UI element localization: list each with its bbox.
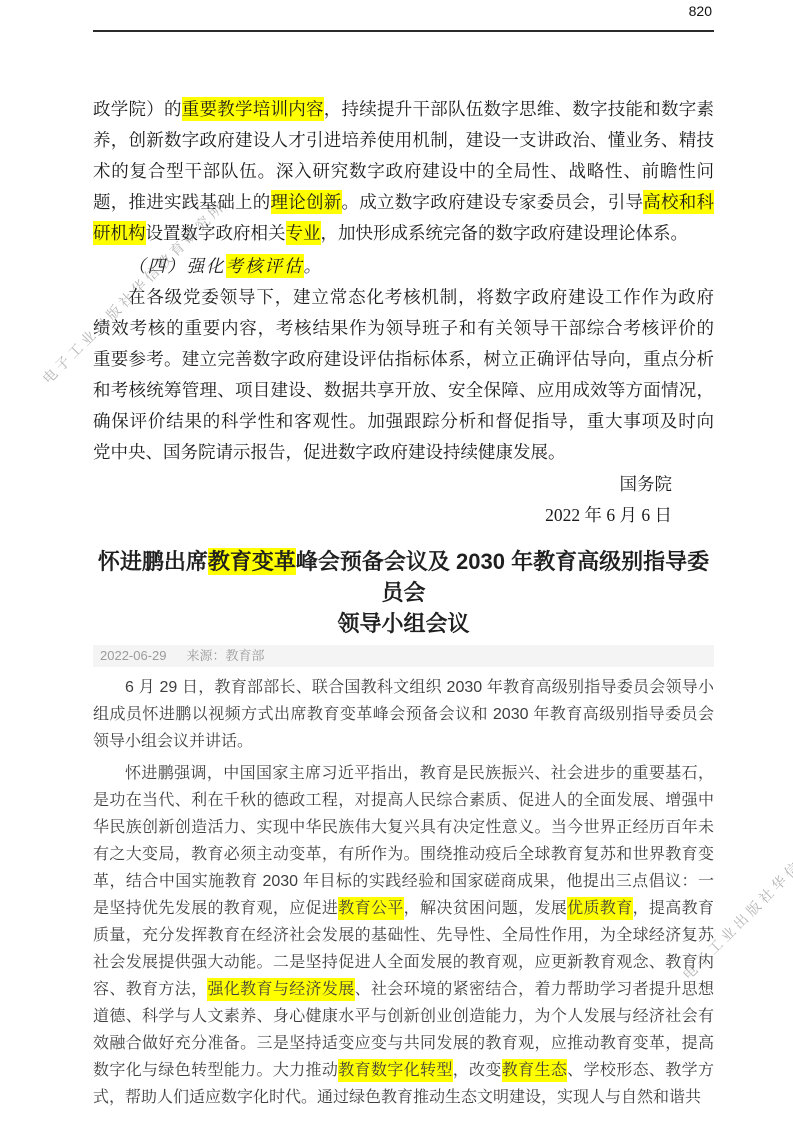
- text-run: 和考核统筹管理、项目建设、数据共享开放、安全保障、应用成效等方面情况，: [93, 380, 714, 400]
- text-line: 数字化与绿色转型能力。大力推动教育数字化转型，改变教育生态、学校形态、教学方: [93, 1057, 714, 1084]
- text-run: 领导小组会议并讲话。: [93, 733, 253, 750]
- article1-paragraph-2: 在各级党委领导下，建立常态化考核机制，将数字政府建设工作作为政府绩效考核的重要内…: [93, 282, 714, 468]
- text-line: 效融合做好充分准备。三是坚持适变应变与共同发展的教育观，应推动教育变革，提高: [93, 1030, 714, 1057]
- text-line: 研机构设置数字政府相关专业，加快形成系统完备的数字政府建设理论体系。: [93, 218, 714, 249]
- text-line: 领导小组会议并讲话。: [93, 728, 714, 755]
- text-line: 容、教育方法，强化教育与经济发展、社会环境的紧密结合，着力帮助学习者提升思想: [93, 976, 714, 1003]
- text-run: 政学院）的: [93, 99, 182, 119]
- signature-date: 2022 年 6 月 6 日: [93, 500, 714, 531]
- text-line: 质量，充分发挥教育在经济社会发展的基础性、先导性、全局性作用，为全球经济复苏: [93, 922, 714, 949]
- text-run: 式，帮助人们适应数字化时代。通过绿色教育推动生态文明建设，实现人与自然和谐共: [93, 1089, 701, 1106]
- text-line: 绩效考核的重要内容，考核结果作为领导班子和有关领导干部综合考核评价的: [93, 313, 714, 344]
- article2-source: 来源：教育部: [187, 648, 265, 663]
- text-run: 峰会预备会议及 2030 年教育高级别指导委员会: [296, 549, 709, 605]
- text-line: 政学院）的重要教学培训内容，持续提升干部队伍数字思维、数字技能和数字素: [93, 94, 714, 125]
- text-run: 。: [304, 256, 324, 276]
- highlighted-text: 高校和科: [643, 190, 714, 214]
- text-line: 社会发展提供强大动能。二是坚持促进人全面发展的教育观，应更新教育观念、教育内: [93, 949, 714, 976]
- text-run: ，提高教育: [633, 900, 714, 917]
- article2-paragraph-2: 怀进鹏强调，中国国家主席习近平指出，教育是民族振兴、社会进步的重要基石，是功在当…: [93, 760, 714, 1111]
- text-run: 怀进鹏出席: [98, 549, 208, 574]
- text-line: 道德、科学与人文素养、身心健康水平与创新创业创造能力，为个人发展与经济社会有: [93, 1003, 714, 1030]
- text-line: 确保评价结果的科学性和客观性。加强跟踪分析和督促指导，重大事项及时向: [93, 406, 714, 437]
- page-number: 820: [689, 3, 712, 19]
- signature-issuer: 国务院: [93, 469, 714, 500]
- article2-paragraph-1: 6 月 29 日，教育部部长、联合国教科文组织 2030 年教育高级别指导委员会…: [93, 674, 714, 755]
- text-line: 式，帮助人们适应数字化时代。通过绿色教育推动生态文明建设，实现人与自然和谐共: [93, 1084, 714, 1111]
- text-line: 革，结合中国实施教育 2030 年目标的实践经验和国家磋商成果，他提出三点倡议：…: [93, 868, 714, 895]
- highlighted-text: 教育变革: [208, 548, 296, 575]
- text-run: 党中央、国务院请示报告，促进数字政府建设持续健康发展。: [93, 442, 566, 462]
- highlighted-text: 教育数字化转型: [338, 1059, 452, 1082]
- article1-subheading-item4: （四）强化考核评估。: [93, 251, 714, 282]
- text-run: 重要参考。建立完善数字政府建设评估指标体系，树立正确评估导向，重点分析: [93, 349, 714, 369]
- article-education-summit: 怀进鹏出席教育变革峰会预备会议及 2030 年教育高级别指导委员会领导小组会议 …: [93, 546, 714, 1111]
- text-line: 6 月 29 日，教育部部长、联合国教科文组织 2030 年教育高级别指导委员会…: [93, 674, 714, 701]
- text-run: 道德、科学与人文素养、身心健康水平与创新创业创造能力，为个人发展与经济社会有: [93, 1008, 714, 1025]
- text-run: ，解决贫困问题，发展: [404, 900, 568, 917]
- highlighted-text: 重要教学培训内容: [182, 97, 324, 121]
- text-line: 怀进鹏强调，中国国家主席习近平指出，教育是民族振兴、社会进步的重要基石，: [93, 760, 714, 787]
- text-line: 题，推进实践基础上的理论创新。成立数字政府建设专家委员会，引导高校和科: [93, 187, 714, 218]
- text-run: 确保评价结果的科学性和客观性。加强跟踪分析和督促指导，重大事项及时向: [93, 411, 714, 431]
- text-run: 6 月 29 日，教育部部长、联合国教科文组织 2030 年教育高级别指导委员会…: [125, 679, 714, 696]
- document-page: { "page_number": "820", "watermark_text"…: [0, 0, 793, 1122]
- text-run: （四）强化: [128, 256, 226, 276]
- text-run: 华民族创新创造活力、实现中华民族伟大复兴具有决定性意义。当今世界正经历百年未: [93, 819, 714, 836]
- text-line: 在各级党委领导下，建立常态化考核机制，将数字政府建设工作作为政府: [93, 282, 714, 313]
- text-line: 和考核统筹管理、项目建设、数据共享开放、安全保障、应用成效等方面情况，: [93, 375, 714, 406]
- highlighted-text: 考核评估: [226, 254, 304, 278]
- text-run: 。成立数字政府建设专家委员会，引导: [342, 192, 644, 212]
- text-run: ，加快形成系统完备的数字政府建设理论体系。: [321, 223, 689, 243]
- text-run: 题，推进实践基础上的: [93, 192, 271, 212]
- text-run: 质量，充分发挥教育在经济社会发展的基础性、先导性、全局性作用，为全球经济复苏: [93, 927, 714, 944]
- article2-date: 2022-06-29: [100, 648, 167, 663]
- text-run: 是功在当代、利在千秋的德政工程，对提高人民综合素质、促进人的全面发展、增强中: [93, 792, 714, 809]
- text-line: 养，创新数字政府建设人才引进培养使用机制，建设一支讲政治、懂业务、精技: [93, 125, 714, 156]
- article2-meta-bar: 2022-06-29来源：教育部: [93, 645, 714, 667]
- text-run: 社会发展提供强大动能。二是坚持促进人全面发展的教育观，应更新教育观念、教育内: [93, 954, 714, 971]
- content-column: 政学院）的重要教学培训内容，持续提升干部队伍数字思维、数字技能和数字素养，创新数…: [93, 94, 714, 1111]
- highlighted-text: 教育生态: [502, 1059, 567, 1082]
- text-line: 有之大变局，教育必须主动变革，有所作为。围绕推动疫后全球教育复苏和世界教育变: [93, 841, 714, 868]
- text-line: 是功在当代、利在千秋的德政工程，对提高人民综合素质、促进人的全面发展、增强中: [93, 787, 714, 814]
- highlighted-text: 强化教育与经济发展: [207, 978, 354, 1001]
- header-rule: [93, 30, 714, 32]
- text-run: ，持续提升干部队伍数字思维、数字技能和数字素: [324, 99, 714, 119]
- text-run: 设置数字政府相关: [146, 223, 286, 243]
- text-run: 怀进鹏强调，中国国家主席习近平指出，教育是民族振兴、社会进步的重要基石，: [125, 765, 714, 782]
- text-run: 容、教育方法，: [93, 981, 207, 998]
- highlighted-text: 专业: [286, 221, 321, 245]
- text-line: 领导小组会议: [93, 608, 714, 639]
- text-run: 组成员怀进鹏以视频方式出席教育变革峰会预备会议和 2030 年教育高级别指导委员…: [93, 706, 714, 723]
- article1-paragraph-1: 政学院）的重要教学培训内容，持续提升干部队伍数字思维、数字技能和数字素养，创新数…: [93, 94, 714, 249]
- text-line: 重要参考。建立完善数字政府建设评估指标体系，树立正确评估导向，重点分析: [93, 344, 714, 375]
- text-line: 党中央、国务院请示报告，促进数字政府建设持续健康发展。: [93, 437, 714, 468]
- text-run: 、社会环境的紧密结合，着力帮助学习者提升思想: [355, 981, 714, 998]
- article-digital-government: 政学院）的重要教学培训内容，持续提升干部队伍数字思维、数字技能和数字素养，创新数…: [93, 94, 714, 531]
- text-line: 组成员怀进鹏以视频方式出席教育变革峰会预备会议和 2030 年教育高级别指导委员…: [93, 701, 714, 728]
- text-run: 在各级党委领导下，建立常态化考核机制，将数字政府建设工作作为政府: [128, 287, 714, 307]
- text-run: 革，结合中国实施教育 2030 年目标的实践经验和国家磋商成果，他提出三点倡议：…: [93, 873, 714, 890]
- highlighted-text: 研机构: [93, 221, 146, 245]
- text-line: 怀进鹏出席教育变革峰会预备会议及 2030 年教育高级别指导委员会: [93, 546, 714, 608]
- highlighted-text: 理论创新: [271, 190, 342, 214]
- text-run: 是坚持优先发展的教育观，应促进: [93, 900, 338, 917]
- text-line: 华民族创新创造活力、实现中华民族伟大复兴具有决定性意义。当今世界正经历百年未: [93, 814, 714, 841]
- highlighted-text: 教育公平: [338, 897, 403, 920]
- text-run: 术的复合型干部队伍。深入研究数字政府建设中的全局性、战略性、前瞻性问: [93, 161, 714, 181]
- text-run: 有之大变局，教育必须主动变革，有所作为。围绕推动疫后全球教育复苏和世界教育变: [93, 846, 714, 863]
- signature-block: 国务院 2022 年 6 月 6 日: [93, 469, 714, 531]
- highlighted-text: 优质教育: [567, 897, 632, 920]
- text-run: 养，创新数字政府建设人才引进培养使用机制，建设一支讲政治、懂业务、精技: [93, 130, 714, 150]
- text-run: 数字化与绿色转型能力。大力推动: [93, 1062, 338, 1079]
- text-run: 绩效考核的重要内容，考核结果作为领导班子和有关领导干部综合考核评价的: [93, 318, 714, 338]
- text-run: 效融合做好充分准备。三是坚持适变应变与共同发展的教育观，应推动教育变革，提高: [93, 1035, 714, 1052]
- text-run: 领导小组会议: [337, 611, 469, 636]
- text-run: 、学校形态、教学方: [567, 1062, 714, 1079]
- text-line: 术的复合型干部队伍。深入研究数字政府建设中的全局性、战略性、前瞻性问: [93, 156, 714, 187]
- text-run: ，改变: [453, 1062, 502, 1079]
- article2-title: 怀进鹏出席教育变革峰会预备会议及 2030 年教育高级别指导委员会领导小组会议: [93, 546, 714, 639]
- text-line: 是坚持优先发展的教育观，应促进教育公平，解决贫困问题，发展优质教育，提高教育: [93, 895, 714, 922]
